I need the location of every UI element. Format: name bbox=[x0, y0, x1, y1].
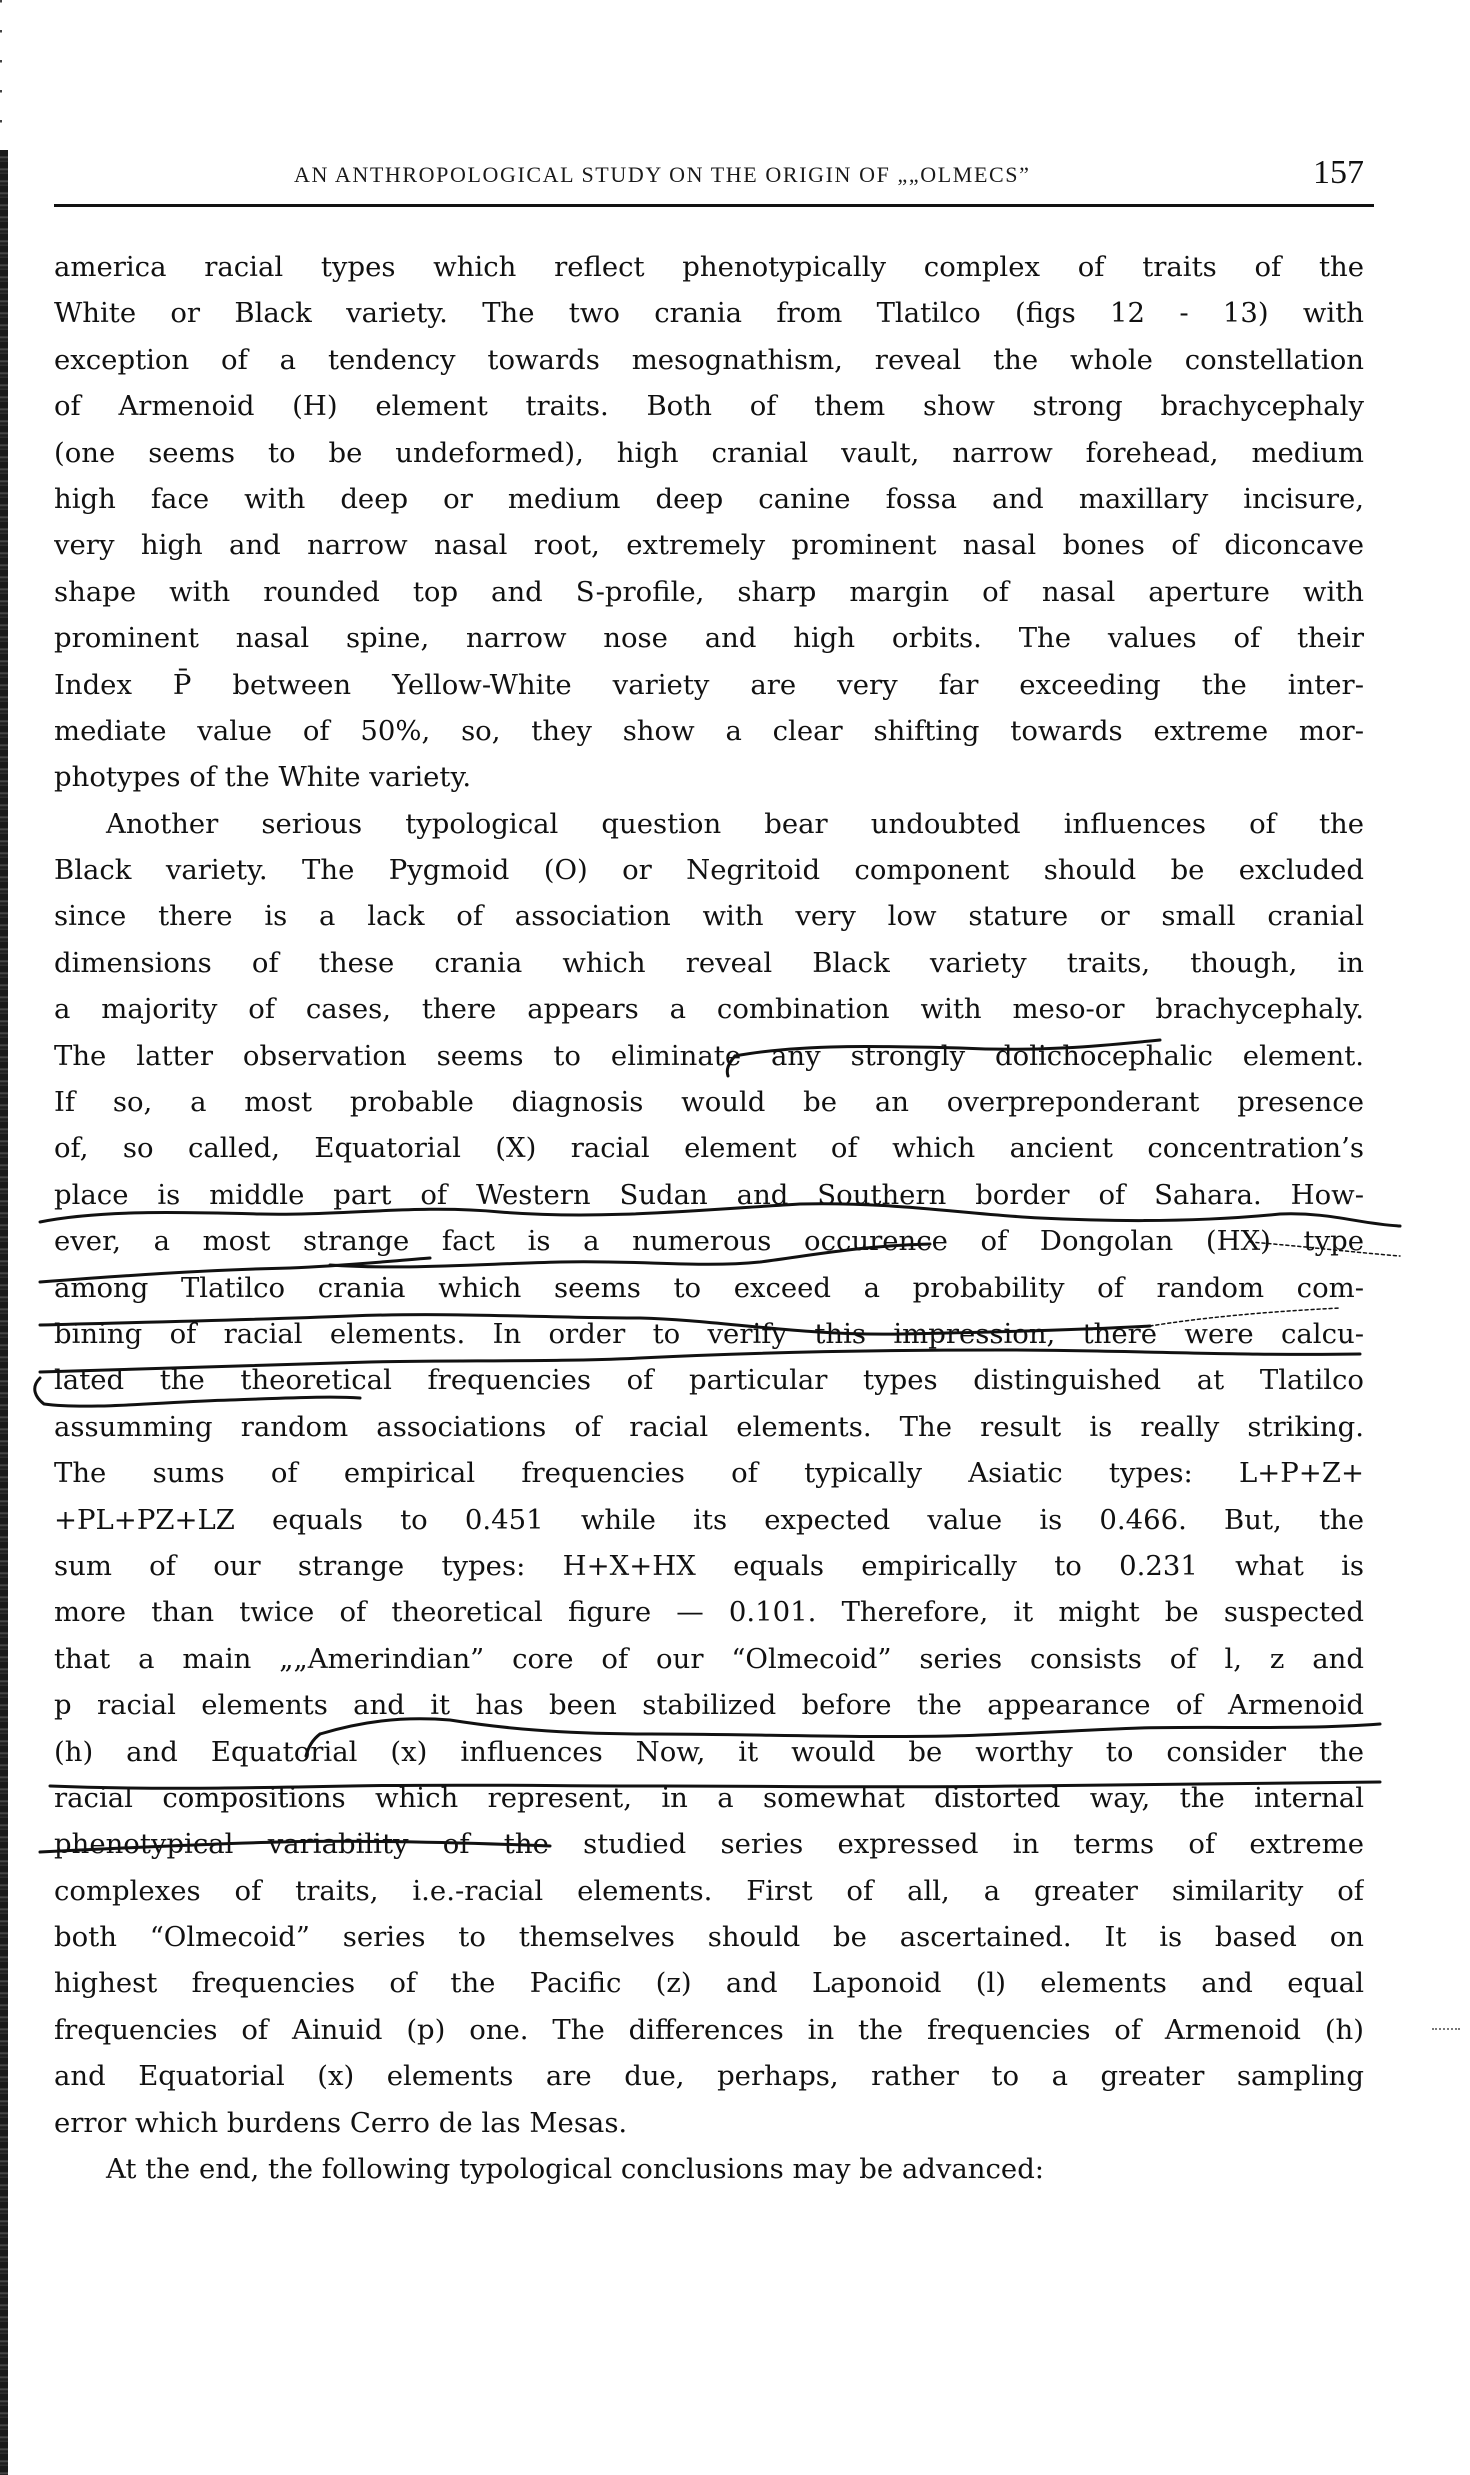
body-line: bining of racial elements. In order to v… bbox=[54, 1311, 1364, 1357]
header-rule bbox=[54, 204, 1374, 207]
body-line: (h) and Equatorial (x) influences Now, i… bbox=[54, 1729, 1364, 1775]
body-line: The latter observation seems to eliminat… bbox=[54, 1033, 1364, 1079]
body-line: prominent nasal spine, narrow nose and h… bbox=[54, 615, 1364, 661]
page-number: 157 bbox=[1313, 154, 1364, 192]
running-title: An Anthropological Study on the Origin o… bbox=[294, 162, 1030, 188]
body-line: +PL+PZ+LZ equals to 0.451 while its expe… bbox=[54, 1497, 1364, 1543]
body-line: complexes of traits, i.e.-racial element… bbox=[54, 1868, 1364, 1914]
body-line: lated the theoretical frequencies of par… bbox=[54, 1357, 1364, 1403]
body-line: White or Black variety. The two crania f… bbox=[54, 290, 1364, 336]
body-line: Index P̄ between Yellow-White variety ar… bbox=[54, 662, 1364, 708]
body-line: since there is a lack of association wit… bbox=[54, 893, 1364, 939]
body-line: photypes of the White variety. bbox=[54, 754, 1364, 800]
body-line: place is middle part of Western Sudan an… bbox=[54, 1172, 1364, 1218]
scan-binding-edge-top bbox=[0, 0, 2, 150]
body-line: error which burdens Cerro de las Mesas. bbox=[54, 2100, 1364, 2146]
body-line: among Tlatilco crania which seems to exc… bbox=[54, 1265, 1364, 1311]
body-line: both “Olmecoid” series to themselves sho… bbox=[54, 1914, 1364, 1960]
body-line: ever, a most strange fact is a numerous … bbox=[54, 1218, 1364, 1264]
body-line: dimensions of these crania which reveal … bbox=[54, 940, 1364, 986]
body-line: racial compositions which represent, in … bbox=[54, 1775, 1364, 1821]
body-line: Another serious typological question bea… bbox=[54, 801, 1364, 847]
body-line: more than twice of theoretical figure — … bbox=[54, 1589, 1364, 1635]
body-line: frequencies of Ainuid (p) one. The diffe… bbox=[54, 2007, 1364, 2053]
body-line: of, so called, Equatorial (X) racial ele… bbox=[54, 1125, 1364, 1171]
scan-binding-edge bbox=[0, 150, 8, 2475]
body-line: sum of our strange types: H+X+HX equals … bbox=[54, 1543, 1364, 1589]
body-line: shape with rounded top and S-profile, sh… bbox=[54, 569, 1364, 615]
body-line: p racial elements and it has been stabil… bbox=[54, 1682, 1364, 1728]
body-line: The sums of empirical frequencies of typ… bbox=[54, 1450, 1364, 1496]
body-line: and Equatorial (x) elements are due, per… bbox=[54, 2053, 1364, 2099]
running-head: An Anthropological Study on the Origin o… bbox=[54, 152, 1370, 196]
body-line: america racial types which reflect pheno… bbox=[54, 244, 1364, 290]
body-line: exception of a tendency towards mesognat… bbox=[54, 337, 1364, 383]
body-line: If so, a most probable diagnosis would b… bbox=[54, 1079, 1364, 1125]
body-line: phenotypical variability of the studied … bbox=[54, 1821, 1364, 1867]
body-line: (one seems to be undeformed), high crani… bbox=[54, 430, 1364, 476]
body-line: highest frequencies of the Pacific (z) a… bbox=[54, 1960, 1364, 2006]
body-line: assumming random associations of racial … bbox=[54, 1404, 1364, 1450]
body-line: that a main „„Amerindian” core of our “O… bbox=[54, 1636, 1364, 1682]
body-line: high face with deep or medium deep canin… bbox=[54, 476, 1364, 522]
body-line: At the end, the following typological co… bbox=[54, 2146, 1364, 2192]
body-line: mediate value of 50%, so, they show a cl… bbox=[54, 708, 1364, 754]
body-line: very high and narrow nasal root, extreme… bbox=[54, 522, 1364, 568]
body-text: america racial types which reflect pheno… bbox=[54, 244, 1364, 2192]
body-line: a majority of cases, there appears a com… bbox=[54, 986, 1364, 1032]
body-line: of Armenoid (H) element traits. Both of … bbox=[54, 383, 1364, 429]
margin-dots bbox=[1432, 2028, 1460, 2032]
body-line: Black variety. The Pygmoid (O) or Negrit… bbox=[54, 847, 1364, 893]
